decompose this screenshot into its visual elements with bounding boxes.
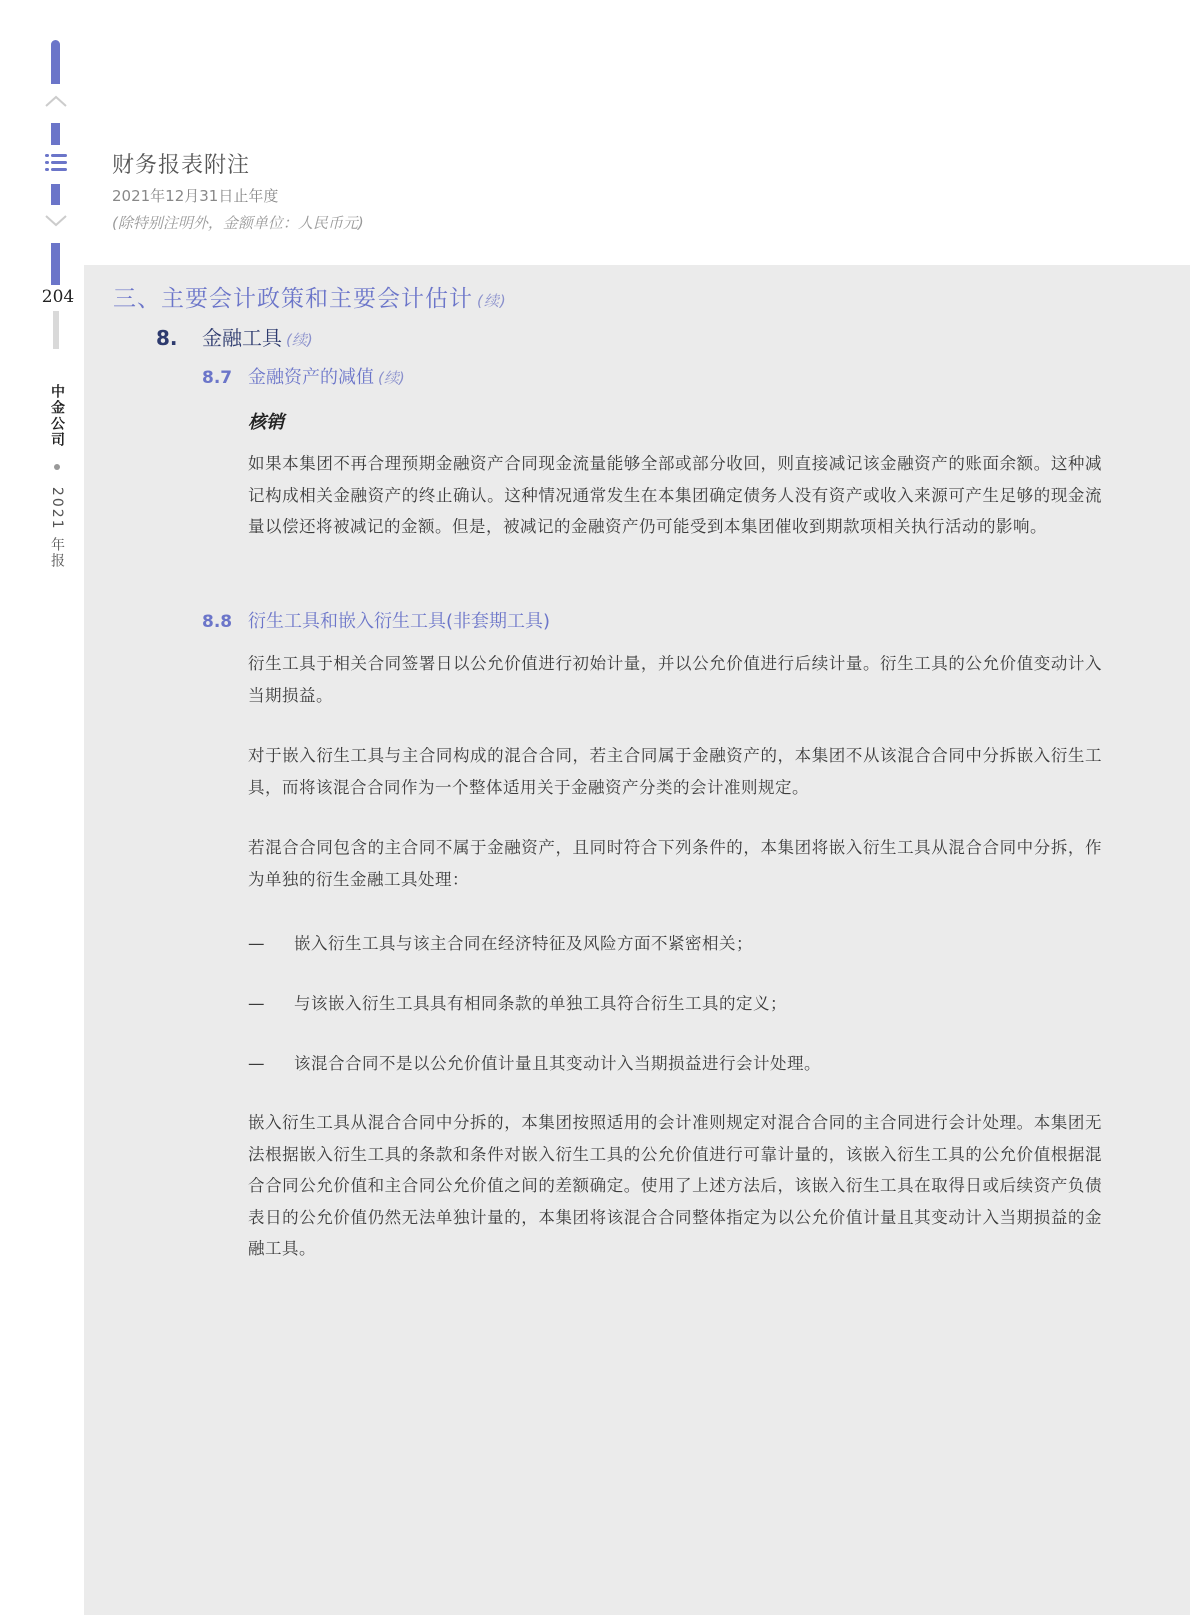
nav-bar-grey bbox=[53, 311, 59, 349]
nav-bar-segment bbox=[51, 184, 60, 205]
item-number: 8.8 bbox=[202, 612, 248, 632]
paragraph: 若混合合同包含的主合同不属于金融资产，且同时符合下列条件的，本集团将嵌入衍生工具… bbox=[248, 832, 1102, 895]
bullet-marker: — bbox=[248, 1054, 294, 1073]
separator-dot bbox=[54, 464, 60, 470]
report-year: 2021 年报 bbox=[49, 487, 65, 569]
side-label: 中金公司 2021 年报 bbox=[47, 384, 67, 569]
list-item: —该混合合同不是以公允价值计量且其变动计入当期损益进行会计处理。 bbox=[248, 1050, 821, 1074]
list-item: —与该嵌入衍生工具具有相同条款的单独工具符合衍生工具的定义； bbox=[248, 990, 787, 1014]
subsection-title: 金融工具 bbox=[202, 326, 282, 350]
item-title: 金融资产的减值 bbox=[248, 367, 374, 388]
continued-label: (续) bbox=[286, 331, 313, 349]
writeoff-paragraph: 如果本集团不再合理预期金融资产合同现金流量能够全部或部分收回，则直接减记该金融资… bbox=[248, 448, 1102, 543]
writeoff-heading: 核销 bbox=[248, 408, 284, 434]
list-item-text: 嵌入衍生工具与该主合同在经济特征及风险方面不紧密相关； bbox=[294, 934, 753, 953]
list-icon[interactable] bbox=[45, 152, 69, 174]
page-title: 财务报表附注 bbox=[112, 148, 364, 179]
item-number: 8.7 bbox=[202, 368, 248, 388]
paragraph: 衍生工具于相关合同签署日以公允价值进行初始计量，并以公允价值进行后续计量。衍生工… bbox=[248, 648, 1102, 711]
paragraph: 对于嵌入衍生工具与主合同构成的混合合同，若主合同属于金融资产的，本集团不从该混合… bbox=[248, 740, 1102, 803]
chevron-down-icon[interactable] bbox=[44, 212, 66, 234]
closing-paragraph: 嵌入衍生工具从混合合同中分拆的，本集团按照适用的会计准则规定对混合合同的主合同进… bbox=[248, 1107, 1102, 1265]
side-navigation: 204 中金公司 2021 年报 bbox=[0, 0, 84, 1615]
list-item-text: 该混合合同不是以公允价值计量且其变动计入当期损益进行会计处理。 bbox=[294, 1054, 821, 1073]
list-item-text: 与该嵌入衍生工具具有相同条款的单独工具符合衍生工具的定义； bbox=[294, 994, 787, 1013]
nav-bar-segment bbox=[51, 123, 60, 145]
nav-bar-top bbox=[51, 40, 60, 84]
period-label: 2021年12月31日止年度 bbox=[112, 185, 364, 206]
page-number: 204 bbox=[38, 287, 78, 307]
subsection-heading: 8.金融工具(续) bbox=[156, 322, 313, 351]
unit-note: (除特别注明外，金额单位：人民币元) bbox=[112, 212, 364, 233]
company-name: 中金公司 bbox=[49, 384, 65, 448]
nav-bar-segment bbox=[51, 243, 60, 285]
bullet-marker: — bbox=[248, 994, 294, 1013]
subsection-number: 8. bbox=[156, 326, 202, 350]
item-title: 衍生工具和嵌入衍生工具(非套期工具) bbox=[248, 611, 550, 632]
section-heading: 三、主要会计政策和主要会计估计(续) bbox=[113, 280, 507, 313]
bullet-marker: — bbox=[248, 934, 294, 953]
continued-label: (续) bbox=[477, 292, 507, 310]
item-heading-8-8: 8.8衍生工具和嵌入衍生工具(非套期工具) bbox=[202, 607, 550, 633]
item-heading-8-7: 8.7金融资产的减值(续) bbox=[202, 363, 405, 389]
continued-label: (续) bbox=[378, 369, 405, 387]
chevron-up-icon[interactable] bbox=[44, 92, 66, 114]
page-header: 财务报表附注 2021年12月31日止年度 (除特别注明外，金额单位：人民币元) bbox=[112, 148, 364, 233]
list-item: —嵌入衍生工具与该主合同在经济特征及风险方面不紧密相关； bbox=[248, 930, 753, 954]
section-title: 三、主要会计政策和主要会计估计 bbox=[113, 286, 473, 312]
